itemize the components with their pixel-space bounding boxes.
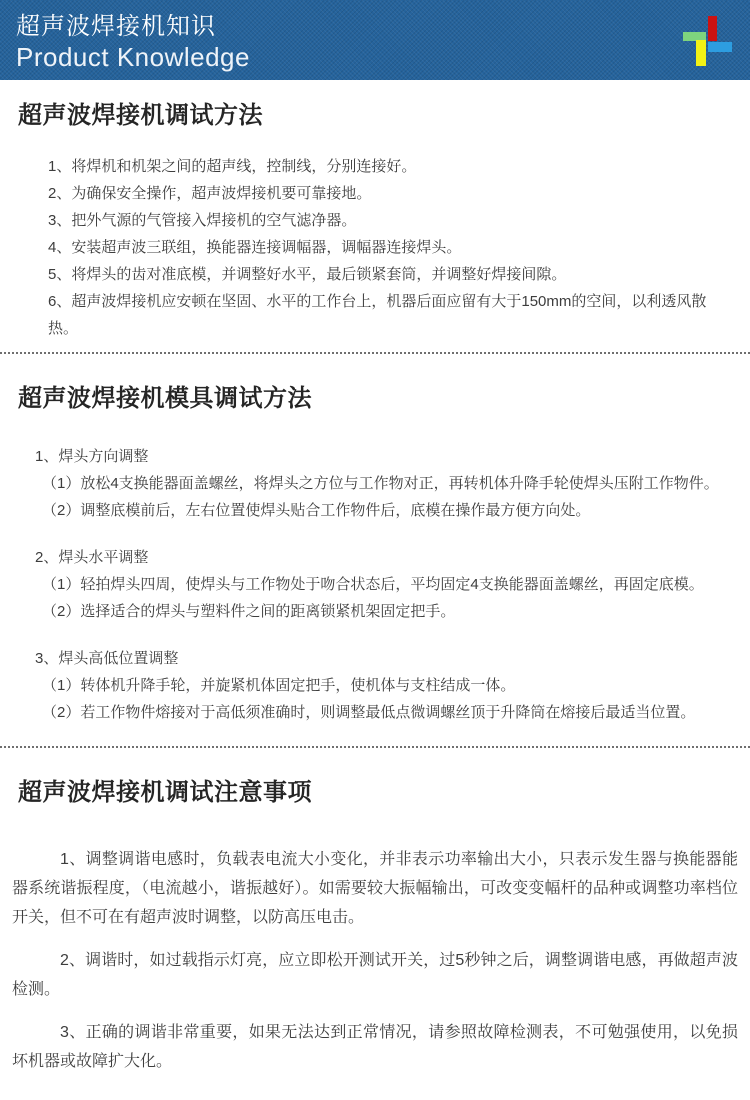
- group-item: （1）轻拍焊头四周，使焊头与工作物处于吻合状态后，平均固定4支换能器面盖螺丝，再…: [35, 571, 736, 598]
- group-title: 1、焊头方向调整: [35, 443, 736, 470]
- group-title: 3、焊头高低位置调整: [35, 645, 736, 672]
- group-item: （2）调整底模前后，左右位置使焊头贴合工作物件后，底模在操作最方便方向处。: [35, 497, 736, 524]
- list-item: 6、超声波焊接机应安顿在坚固、水平的工作台上，机器后面应留有大于150mm的空间…: [48, 288, 736, 342]
- document-body: 超声波焊接机调试方法 1、将焊机和机架之间的超声线，控制线，分别连接好。 2、为…: [0, 102, 750, 1076]
- section-precautions-heading: 超声波焊接机调试注意事项: [18, 779, 750, 807]
- dotted-divider: [0, 746, 750, 748]
- dotted-divider: [0, 352, 750, 354]
- group-item: （1）转体机升降手轮，并旋紧机体固定把手，使机体与支柱结成一体。: [35, 672, 736, 699]
- mold-tuning-group: 1、焊头方向调整 （1）放松4支换能器面盖螺丝，将焊头之方位与工作物对正，再转机…: [35, 443, 736, 524]
- logo-bar-yellow-icon: [696, 40, 706, 66]
- group-item: （2）若工作物件熔接对于高低须准确时，则调整最低点微调螺丝顶于升降筒在熔接后最适…: [35, 699, 736, 726]
- list-item: 3、把外气源的气管接入焊接机的空气滤净器。: [48, 207, 736, 234]
- header-title-zh: 超声波焊接机知识: [16, 12, 750, 42]
- list-item: 1、将焊机和机架之间的超声线，控制线，分别连接好。: [48, 153, 736, 180]
- group-item: （2）选择适合的焊头与塑料件之间的距离锁紧机架固定把手。: [35, 598, 736, 625]
- precaution-paragraph: 3、正确的调谐非常重要，如果无法达到正常情况，请参照故障检测表，不可勉强使用，以…: [12, 1018, 738, 1076]
- precaution-paragraph: 2、调谐时，如过载指示灯亮，应立即松开测试开关，过5秒钟之后，调整调谐电感，再做…: [12, 946, 738, 1004]
- precaution-paragraph: 1、调整调谐电感时，负载表电流大小变化，并非表示功率输出大小，只表示发生器与换能…: [12, 845, 738, 932]
- group-title: 2、焊头水平调整: [35, 544, 736, 571]
- page-header: 超声波焊接机知识 Product Knowledge: [0, 0, 750, 80]
- section-tuning-method: 超声波焊接机调试方法 1、将焊机和机架之间的超声线，控制线，分别连接好。 2、为…: [0, 102, 750, 342]
- tuning-steps-list: 1、将焊机和机架之间的超声线，控制线，分别连接好。 2、为确保安全操作，超声波焊…: [48, 153, 736, 342]
- section-tuning-method-heading: 超声波焊接机调试方法: [18, 102, 750, 130]
- section-mold-tuning: 超声波焊接机模具调试方法 1、焊头方向调整 （1）放松4支换能器面盖螺丝，将焊头…: [0, 385, 750, 726]
- section-precautions: 超声波焊接机调试注意事项 1、调整调谐电感时，负载表电流大小变化，并非表示功率输…: [0, 779, 750, 1076]
- list-item: 5、将焊头的齿对准底模，并调整好水平，最后锁紧套筒，并调整好焊接间隙。: [48, 261, 736, 288]
- section-mold-tuning-heading: 超声波焊接机模具调试方法: [18, 385, 750, 413]
- header-title-en: Product Knowledge: [16, 42, 750, 72]
- group-item: （1）放松4支换能器面盖螺丝，将焊头之方位与工作物对正，再转机体升降手轮使焊头压…: [35, 470, 736, 497]
- mold-tuning-group: 2、焊头水平调整 （1）轻拍焊头四周，使焊头与工作物处于吻合状态后，平均固定4支…: [35, 544, 736, 625]
- list-item: 2、为确保安全操作，超声波焊接机要可靠接地。: [48, 180, 736, 207]
- logo-bar-red-icon: [708, 16, 717, 41]
- mold-tuning-group: 3、焊头高低位置调整 （1）转体机升降手轮，并旋紧机体固定把手，使机体与支柱结成…: [35, 645, 736, 726]
- logo-bar-blue-icon: [708, 42, 732, 52]
- brand-pinwheel-logo: [683, 13, 733, 67]
- list-item: 4、安装超声波三联组，换能器连接调幅器，调幅器连接焊头。: [48, 234, 736, 261]
- header-titles: 超声波焊接机知识 Product Knowledge: [16, 12, 750, 72]
